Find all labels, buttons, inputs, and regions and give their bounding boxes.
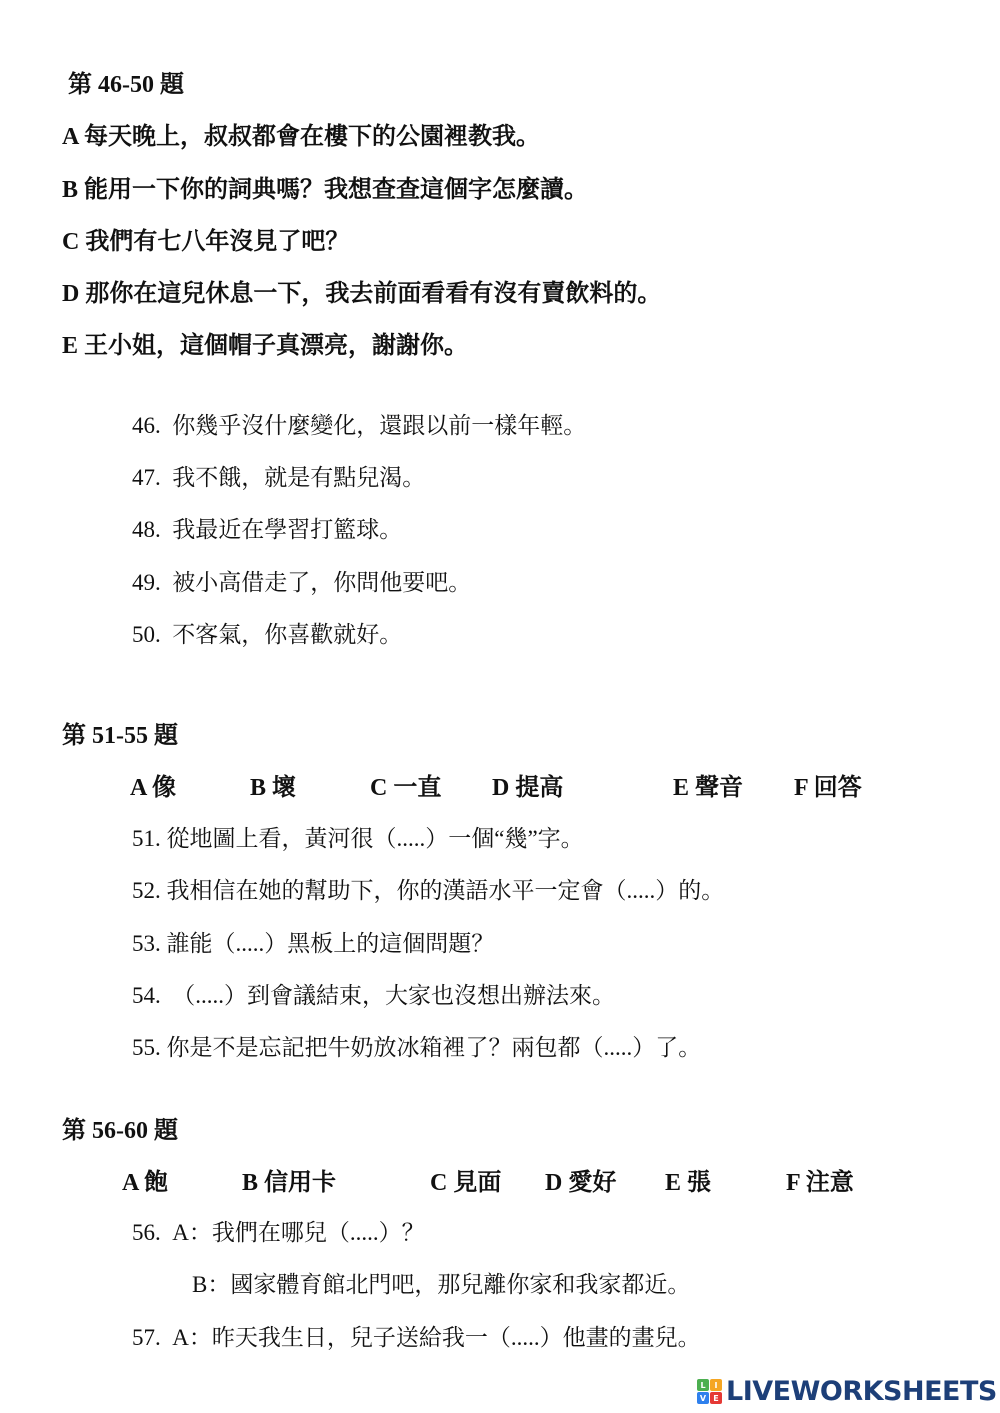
- option-letter: D: [492, 775, 509, 801]
- option-letter: A: [122, 1170, 138, 1196]
- question-number: 49.: [132, 570, 161, 595]
- word-option-b: B 信用卡: [242, 1162, 336, 1197]
- option-text: 那你在這兒休息一下，我去前面看看有沒有賣飲料的。: [85, 281, 661, 307]
- option-b: B 能用一下你的詞典嗎？我想查查這個字怎麼讀。: [62, 169, 588, 204]
- question-text: 我最近在學習打籃球。: [172, 517, 402, 542]
- question-number: 53.: [132, 931, 161, 956]
- question-number: 50.: [132, 622, 161, 647]
- logo-block: V: [697, 1392, 709, 1404]
- option-letter: B: [250, 775, 266, 801]
- option-letter: A: [62, 124, 78, 150]
- word-option-f: F 注意: [786, 1162, 854, 1197]
- section-title-56-60: 第 56-60 題: [62, 1110, 178, 1145]
- question-51: 51. 從地圖上看，黃河很（.....）一個“幾”字。: [132, 820, 584, 853]
- word-option-c: C 一直: [370, 767, 441, 802]
- logo-block: I: [710, 1379, 722, 1391]
- word-option-a: A 像: [130, 767, 176, 802]
- option-letter: C: [62, 229, 79, 255]
- word-option-c: C 見面: [430, 1162, 501, 1197]
- question-56-line-a: 56. A：我們在哪兒（.....）？: [132, 1214, 425, 1247]
- option-text: 見面: [453, 1170, 501, 1196]
- option-text: 能用一下你的詞典嗎？我想查查這個字怎麼讀。: [84, 177, 588, 203]
- question-50: 50. 不客氣，你喜歡就好。: [132, 616, 402, 649]
- logo-block: E: [710, 1392, 722, 1404]
- option-text: 信用卡: [264, 1170, 336, 1196]
- question-number: 57.: [132, 1325, 161, 1350]
- option-text: 王小姐，這個帽子真漂亮，謝謝你。: [84, 333, 468, 359]
- option-letter: D: [545, 1170, 562, 1196]
- option-letter: E: [673, 775, 689, 801]
- option-text: 像: [152, 775, 176, 801]
- word-option-a: A 飽: [122, 1162, 168, 1197]
- question-text: 我相信在她的幫助下，你的漢語水平一定會（.....）的。: [167, 878, 725, 903]
- question-number: 56.: [132, 1220, 161, 1245]
- option-text: 愛好: [568, 1170, 616, 1196]
- option-text: 張: [687, 1170, 711, 1196]
- question-number: 54.: [132, 983, 161, 1008]
- speaker-label: A：: [172, 1220, 212, 1245]
- option-text: 每天晚上，叔叔都會在樓下的公園裡教我。: [84, 124, 540, 150]
- option-letter: D: [62, 281, 79, 307]
- option-a: A 每天晚上，叔叔都會在樓下的公園裡教我。: [62, 116, 540, 151]
- question-text: 誰能（.....）黑板上的這個問題？: [167, 931, 495, 956]
- word-option-b: B 壞: [250, 767, 296, 802]
- question-49: 49. 被小高借走了，你問他要吧。: [132, 564, 471, 597]
- speaker-label: B：: [192, 1272, 230, 1297]
- question-number: 47.: [132, 465, 161, 490]
- word-option-d: D 提高: [492, 767, 563, 802]
- logo-blocks-icon: L I V E: [697, 1379, 722, 1404]
- option-letter: C: [430, 1170, 447, 1196]
- option-d: D 那你在這兒休息一下，我去前面看看有沒有賣飲料的。: [62, 273, 661, 308]
- option-letter: F: [786, 1170, 800, 1196]
- question-55: 55. 你是不是忘記把牛奶放冰箱裡了？兩包都（.....）了。: [132, 1029, 701, 1062]
- option-text: 壞: [272, 775, 296, 801]
- option-text: 提高: [515, 775, 563, 801]
- question-52: 52. 我相信在她的幫助下，你的漢語水平一定會（.....）的。: [132, 872, 724, 905]
- question-text: 昨天我生日，兒子送給我一（.....）他畫的畫兒。: [212, 1325, 701, 1350]
- question-text: （.....）到會議結束，大家也沒想出辦法來。: [172, 983, 615, 1008]
- question-text: 我不餓，就是有點兒渴。: [172, 465, 425, 490]
- question-48: 48. 我最近在學習打籃球。: [132, 511, 402, 544]
- question-number: 48.: [132, 517, 161, 542]
- question-46: 46. 你幾乎沒什麼變化，還跟以前一樣年輕。: [132, 407, 586, 440]
- question-text: 不客氣，你喜歡就好。: [172, 622, 402, 647]
- option-text: 飽: [144, 1170, 168, 1196]
- option-text: 回答: [814, 775, 862, 801]
- option-text: 我們有七八年沒見了吧？: [85, 229, 349, 255]
- section-title-51-55: 第 51-55 題: [62, 715, 178, 750]
- question-text: 國家體育館北門吧，那兒離你家和我家都近。: [230, 1272, 690, 1297]
- question-text: 從地圖上看，黃河很（.....）一個“幾”字。: [167, 826, 584, 851]
- question-number: 51.: [132, 826, 161, 851]
- option-letter: C: [370, 775, 387, 801]
- option-text: 注意: [806, 1170, 854, 1196]
- question-text: 被小高借走了，你問他要吧。: [172, 570, 471, 595]
- option-letter: E: [62, 333, 78, 359]
- option-letter: A: [130, 775, 146, 801]
- word-option-f: F 回答: [794, 767, 862, 802]
- option-letter: E: [665, 1170, 681, 1196]
- option-e: E 王小姐，這個帽子真漂亮，謝謝你。: [62, 325, 468, 360]
- question-text: 你是不是忘記把牛奶放冰箱裡了？兩包都（.....）了。: [167, 1035, 702, 1060]
- logo-text: LIVEWORKSHEETS: [726, 1376, 997, 1407]
- question-number: 46.: [132, 413, 161, 438]
- speaker-label: A：: [172, 1325, 212, 1350]
- word-option-d: D 愛好: [545, 1162, 616, 1197]
- option-text: 一直: [393, 775, 441, 801]
- word-option-e: E 聲音: [673, 767, 743, 802]
- option-letter: B: [242, 1170, 258, 1196]
- question-47: 47. 我不餓，就是有點兒渴。: [132, 459, 425, 492]
- logo-block: L: [697, 1379, 709, 1391]
- question-53: 53. 誰能（.....）黑板上的這個問題？: [132, 925, 494, 958]
- question-number: 55.: [132, 1035, 161, 1060]
- question-text: 我們在哪兒（.....）？: [212, 1220, 425, 1245]
- question-56-line-b: B：國家體育館北門吧，那兒離你家和我家都近。: [192, 1266, 690, 1299]
- question-54: 54. （.....）到會議結束，大家也沒想出辦法來。: [132, 977, 615, 1010]
- liveworksheets-logo: L I V E LIVEWORKSHEETS: [697, 1376, 997, 1407]
- option-letter: B: [62, 177, 78, 203]
- question-text: 你幾乎沒什麼變化，還跟以前一樣年輕。: [172, 413, 586, 438]
- word-option-e: E 張: [665, 1162, 711, 1197]
- section-title-46-50: 第 46-50 題: [68, 64, 184, 99]
- option-c: C 我們有七八年沒見了吧？: [62, 221, 349, 256]
- question-number: 52.: [132, 878, 161, 903]
- option-letter: F: [794, 775, 808, 801]
- question-57-line-a: 57. A：昨天我生日，兒子送給我一（.....）他畫的畫兒。: [132, 1319, 701, 1352]
- option-text: 聲音: [695, 775, 743, 801]
